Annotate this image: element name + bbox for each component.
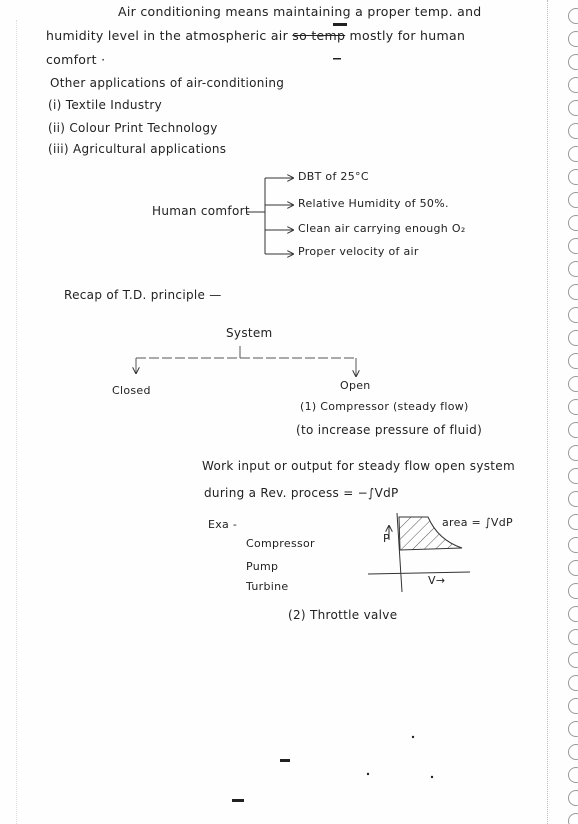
binding-hole [568,307,578,323]
binding-hole [568,376,578,392]
system-tree-lines [136,346,356,376]
binding-hole [568,767,578,783]
notebook-page: Air conditioning means maintaining a pro… [0,0,578,824]
binding-hole [568,54,578,70]
binding-hole [568,399,578,415]
scan-marks [232,23,433,802]
binding-hole [568,560,578,576]
diagram-lines [0,0,578,824]
pv-diagram [368,513,470,592]
binding-hole [568,284,578,300]
binding-hole [568,537,578,553]
binding-hole [568,353,578,369]
binding-hole [568,77,578,93]
binding-hole [568,31,578,47]
binding-holes [564,0,578,824]
binding-hole [568,675,578,691]
binding-hole [568,491,578,507]
binding-hole [568,8,578,24]
binding-hole [568,721,578,737]
binding-hole [568,238,578,254]
binding-hole [568,629,578,645]
binding-hole [568,468,578,484]
comfort-tree-lines [247,178,293,254]
binding-hole [568,192,578,208]
binding-hole [568,215,578,231]
binding-hole [568,790,578,806]
binding-hole [568,606,578,622]
binding-hole [568,146,578,162]
binding-hole [568,261,578,277]
binding-hole [568,652,578,668]
binding-hole [568,445,578,461]
binding-hole [568,698,578,714]
binding-hole [568,583,578,599]
binding-hole [568,100,578,116]
binding-hole [568,422,578,438]
binding-hole [568,169,578,185]
binding-hole [568,123,578,139]
binding-hole [568,514,578,530]
binding-hole [568,813,578,824]
binding-hole [568,744,578,760]
binding-hole [568,330,578,346]
